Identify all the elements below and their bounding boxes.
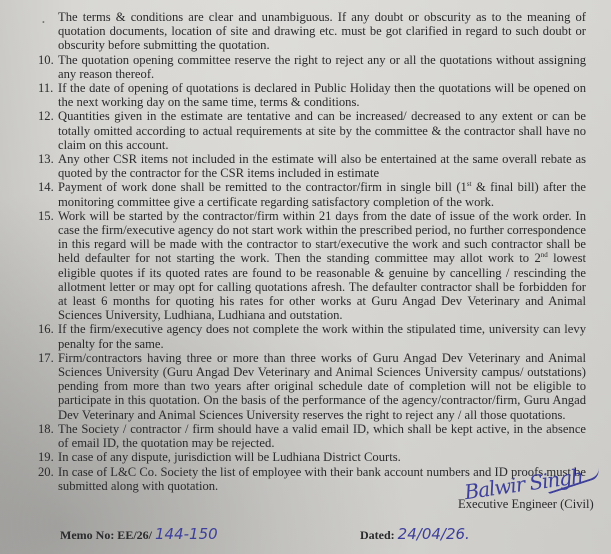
list-item: 18. The Society / contractor / firm shou… (38, 422, 586, 450)
item-number: 19. (38, 450, 54, 464)
terms-conditions-list: • The terms & conditions are clear and u… (38, 10, 586, 493)
item-number: 20. (38, 465, 54, 479)
list-item: • The terms & conditions are clear and u… (38, 10, 586, 53)
item-text: If the firm/executive agency does not co… (58, 322, 586, 350)
item-text: Any other CSR items not included in the … (58, 152, 586, 180)
memo-handwritten-number: 144-150 (155, 525, 218, 543)
item-text: In case of any dispute, jurisdiction wil… (58, 450, 401, 464)
list-item: 19. In case of any dispute, jurisdiction… (38, 450, 586, 464)
item-number: 12. (38, 109, 54, 123)
item-number: 16. (38, 322, 54, 336)
list-item: 14. Payment of work done shall be remitt… (38, 180, 586, 208)
list-item: 10. The quotation opening committee rese… (38, 53, 586, 81)
dated-handwritten-value: 24/04/26. (398, 525, 470, 543)
item-text-part: Work will be started by the contractor/f… (58, 209, 586, 266)
item-number: 13. (38, 152, 54, 166)
signatory-designation: Executive Engineer (Civil) (458, 497, 594, 512)
list-item: 15. Work will be started by the contract… (38, 209, 586, 323)
memo-date: Dated: 24/04/26. (360, 525, 470, 543)
item-text: Quantities given in the estimate are ten… (58, 109, 586, 151)
item-number: 11. (38, 81, 53, 95)
item-number: 17. (38, 351, 54, 365)
dated-label: Dated: (360, 528, 398, 542)
list-item: 16. If the firm/executive agency does no… (38, 322, 586, 350)
item-text: The Society / contractor / firm should h… (58, 422, 586, 450)
item-text: Firm/contractors having three or more th… (58, 351, 586, 422)
item-number: 10. (38, 53, 54, 67)
item-number: 14. (38, 180, 54, 194)
bullet-marker: • (42, 16, 45, 30)
item-text: The terms & conditions are clear and una… (58, 10, 586, 52)
memo-label: Memo No: EE/26/ (60, 528, 155, 542)
list-item: 11. If the date of opening of quotations… (38, 81, 586, 109)
item-text: Payment of work done shall be remitted t… (58, 180, 586, 208)
list-item: 12. Quantities given in the estimate are… (38, 109, 586, 152)
list-item: 17. Firm/contractors having three or mor… (38, 351, 586, 422)
item-text: Work will be started by the contractor/f… (58, 209, 586, 322)
item-number: 18. (38, 422, 54, 436)
item-text-part: Payment of work done shall be remitted t… (58, 180, 467, 194)
signature-block: Balwir Singh Executive Engineer (Civil) (458, 472, 608, 522)
item-text: The quotation opening committee reserve … (58, 53, 586, 81)
ordinal-suffix: nd (541, 251, 548, 259)
item-number: 15. (38, 209, 54, 223)
item-text: If the date of opening of quotations is … (58, 81, 586, 109)
list-item: 13. Any other CSR items not included in … (38, 152, 586, 180)
memo-number: Memo No: EE/26/ 144-150 (60, 525, 218, 543)
